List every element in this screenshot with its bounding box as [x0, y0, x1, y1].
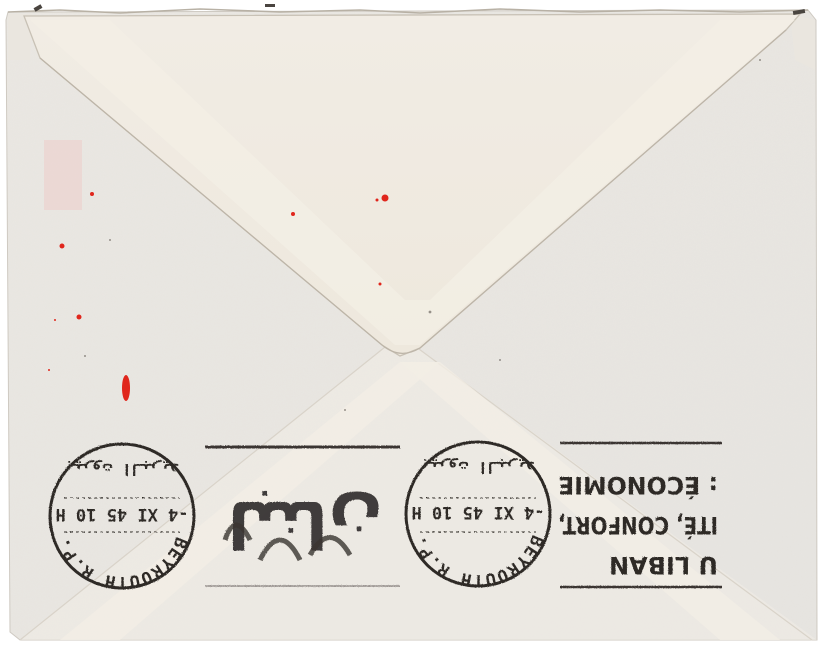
postmark-left-arabic: بيروت البريد [64, 460, 180, 479]
postmark-right-arabic: بيروت البريد [420, 458, 536, 477]
arabic-slogan-block: لبنان [225, 486, 382, 560]
postmark-left-date: -4 XI 45 10 H [55, 504, 188, 524]
arabic-slogan-text: لبنان [228, 486, 383, 560]
slogan-line-1: U LIBAN [609, 551, 718, 579]
envelope-back-photo: لبنان U LIBAN ITÉ, CONFORT, : ÉCONOMIE -… [0, 0, 822, 650]
slogan-line-3: : ÉCONOMIE [558, 471, 718, 500]
postmark-right-date: -4 XI 45 10 H [411, 502, 544, 522]
slogan-line-2: ITÉ, CONFORT, [558, 511, 718, 540]
